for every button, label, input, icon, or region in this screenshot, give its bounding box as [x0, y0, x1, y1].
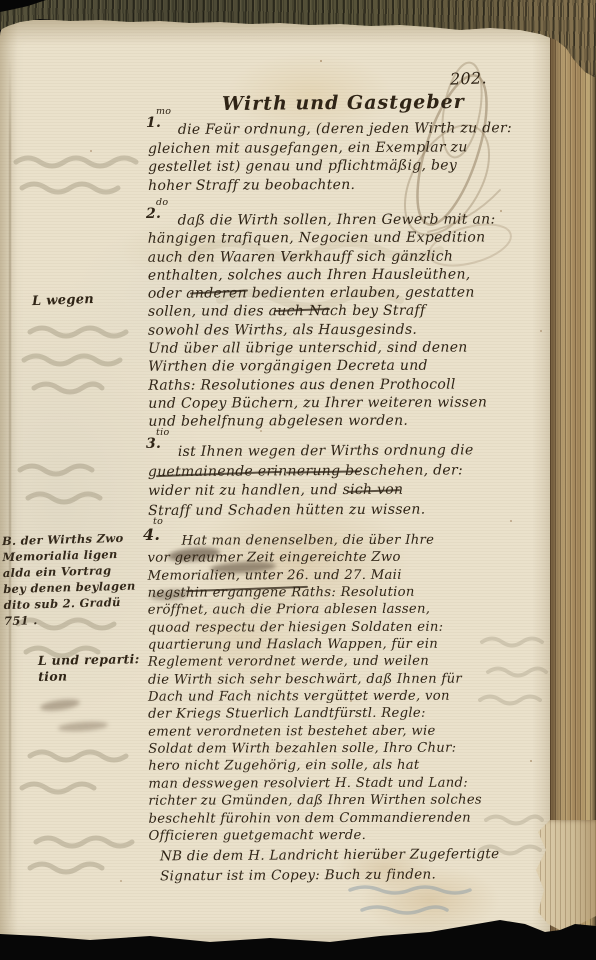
margin-note-repartition: L und reparti: tion: [38, 651, 149, 685]
paragraph-1-marker-superscript: mo: [156, 106, 171, 117]
manuscript-scan: 202. Wirth und Gastgeber 1.mo die Feür o…: [0, 0, 596, 960]
margin-note-wegen: L wegen: [32, 292, 95, 309]
paragraph-3-text: ist Ihnen wegen der Wirths ordnung die g…: [148, 441, 548, 521]
paper-specks: [320, 60, 322, 62]
paragraph-1-text: die Feür ordnung, (deren jeden Wirth zu …: [148, 119, 548, 195]
paragraph-2-marker-superscript: do: [156, 197, 168, 208]
book-fore-edge: [550, 24, 596, 940]
closing-note-text: NB die dem H. Landricht hierüber Zugefer…: [160, 844, 560, 887]
margin-note-memorialia: B. der Wirths Zwo Memorialia ligen alda …: [2, 529, 162, 629]
page-title: Wirth und Gastgeber: [222, 91, 465, 115]
page-number: 202.: [450, 68, 487, 88]
paragraph-4-text: Hat man denenselben, die über Ihre vor g…: [147, 531, 556, 845]
paragraph-3-marker-superscript: tio: [156, 427, 169, 438]
page-crease: [9, 60, 11, 920]
paragraph-2-text: daß die Wirth sollen, Ihren Gewerb mit a…: [148, 210, 551, 431]
paragraph-4-marker-superscript: to: [153, 516, 163, 527]
